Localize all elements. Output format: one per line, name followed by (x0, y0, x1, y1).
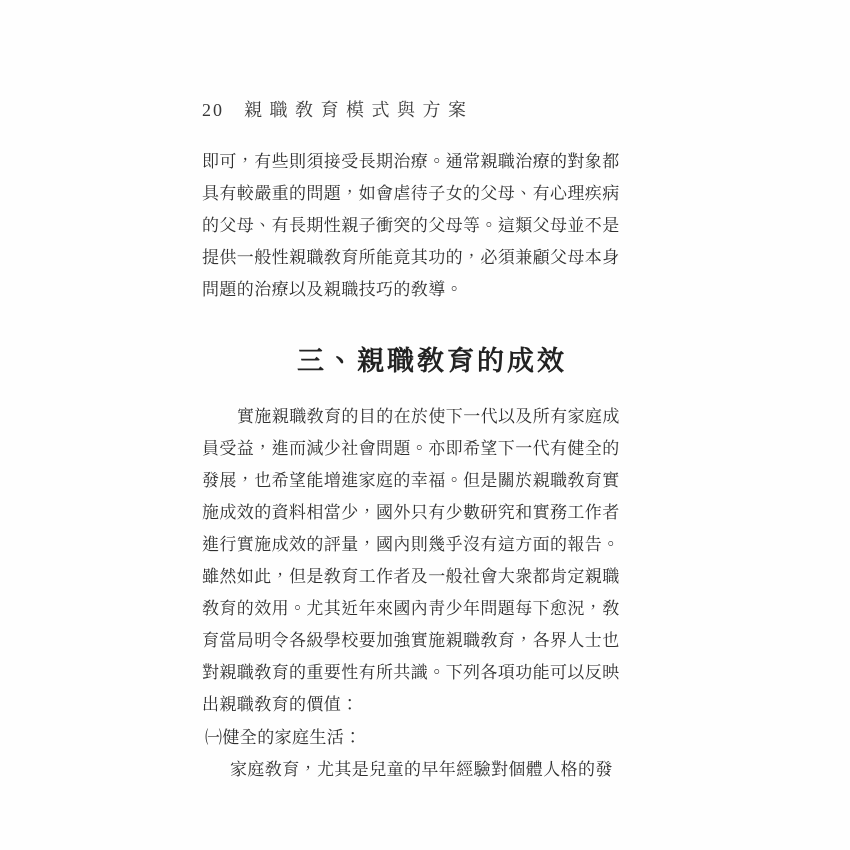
text-line: 的父母、有長期性親子衝突的父母等。這類父母並不是 (202, 210, 642, 242)
text-line: 員受益，進而減少社會問題。亦即希望下一代有健全的 (202, 433, 642, 465)
running-header: 20親職敎育模式與方案 (202, 96, 474, 122)
subsection-heading: ㈠健全的家庭生活： (205, 722, 362, 754)
book-title: 親職敎育模式與方案 (244, 96, 474, 122)
book-page: 20親職敎育模式與方案 即可，有些則須接受長期治療。通常親職治療的對象都 具有較… (0, 0, 850, 850)
paragraph-3: 家庭敎育，尤其是兒童的早年經驗對個體人格的發 (230, 754, 670, 786)
text-line: 敎育的效用。尤其近年來國內靑少年問題每下愈況，敎 (202, 593, 642, 625)
text-line: 對親職敎育的重要性有所共識。下列各項功能可以反映 (202, 657, 642, 689)
text-line: 發展，也希望能增進家庭的幸福。但是關於親職敎育實 (202, 465, 642, 497)
text-line: 即可，有些則須接受長期治療。通常親職治療的對象都 (202, 146, 642, 178)
paragraph-1: 即可，有些則須接受長期治療。通常親職治療的對象都 具有較嚴重的問題，如會虐待子女… (202, 146, 642, 306)
text-line: 育當局明令各級學校要加強實施親職敎育，各界人士也 (202, 625, 642, 657)
text-line: 家庭敎育，尤其是兒童的早年經驗對個體人格的發 (230, 754, 670, 786)
text-line: 出親職敎育的價值： (202, 689, 642, 721)
page-number: 20 (202, 100, 224, 121)
text-line: 施成效的資料相當少，國外只有少數研究和實務工作者 (202, 497, 642, 529)
text-line: 問題的治療以及親職技巧的敎導。 (202, 274, 642, 306)
section-heading: 三、親職敎育的成效 (7, 339, 850, 378)
text-line: 雖然如此，但是敎育工作者及一般社會大衆都肯定親職 (202, 561, 642, 593)
text-line: 提供一般性親職敎育所能竟其功的，必須兼顧父母本身 (202, 242, 642, 274)
paragraph-2: 實施親職敎育的目的在於使下一代以及所有家庭成 員受益，進而減少社會問題。亦即希望… (202, 401, 642, 721)
text-line: 實施親職敎育的目的在於使下一代以及所有家庭成 (202, 401, 642, 433)
text-line: 具有較嚴重的問題，如會虐待子女的父母、有心理疾病 (202, 178, 642, 210)
text-line: 進行實施成效的評量，國內則幾乎沒有這方面的報告。 (202, 529, 642, 561)
